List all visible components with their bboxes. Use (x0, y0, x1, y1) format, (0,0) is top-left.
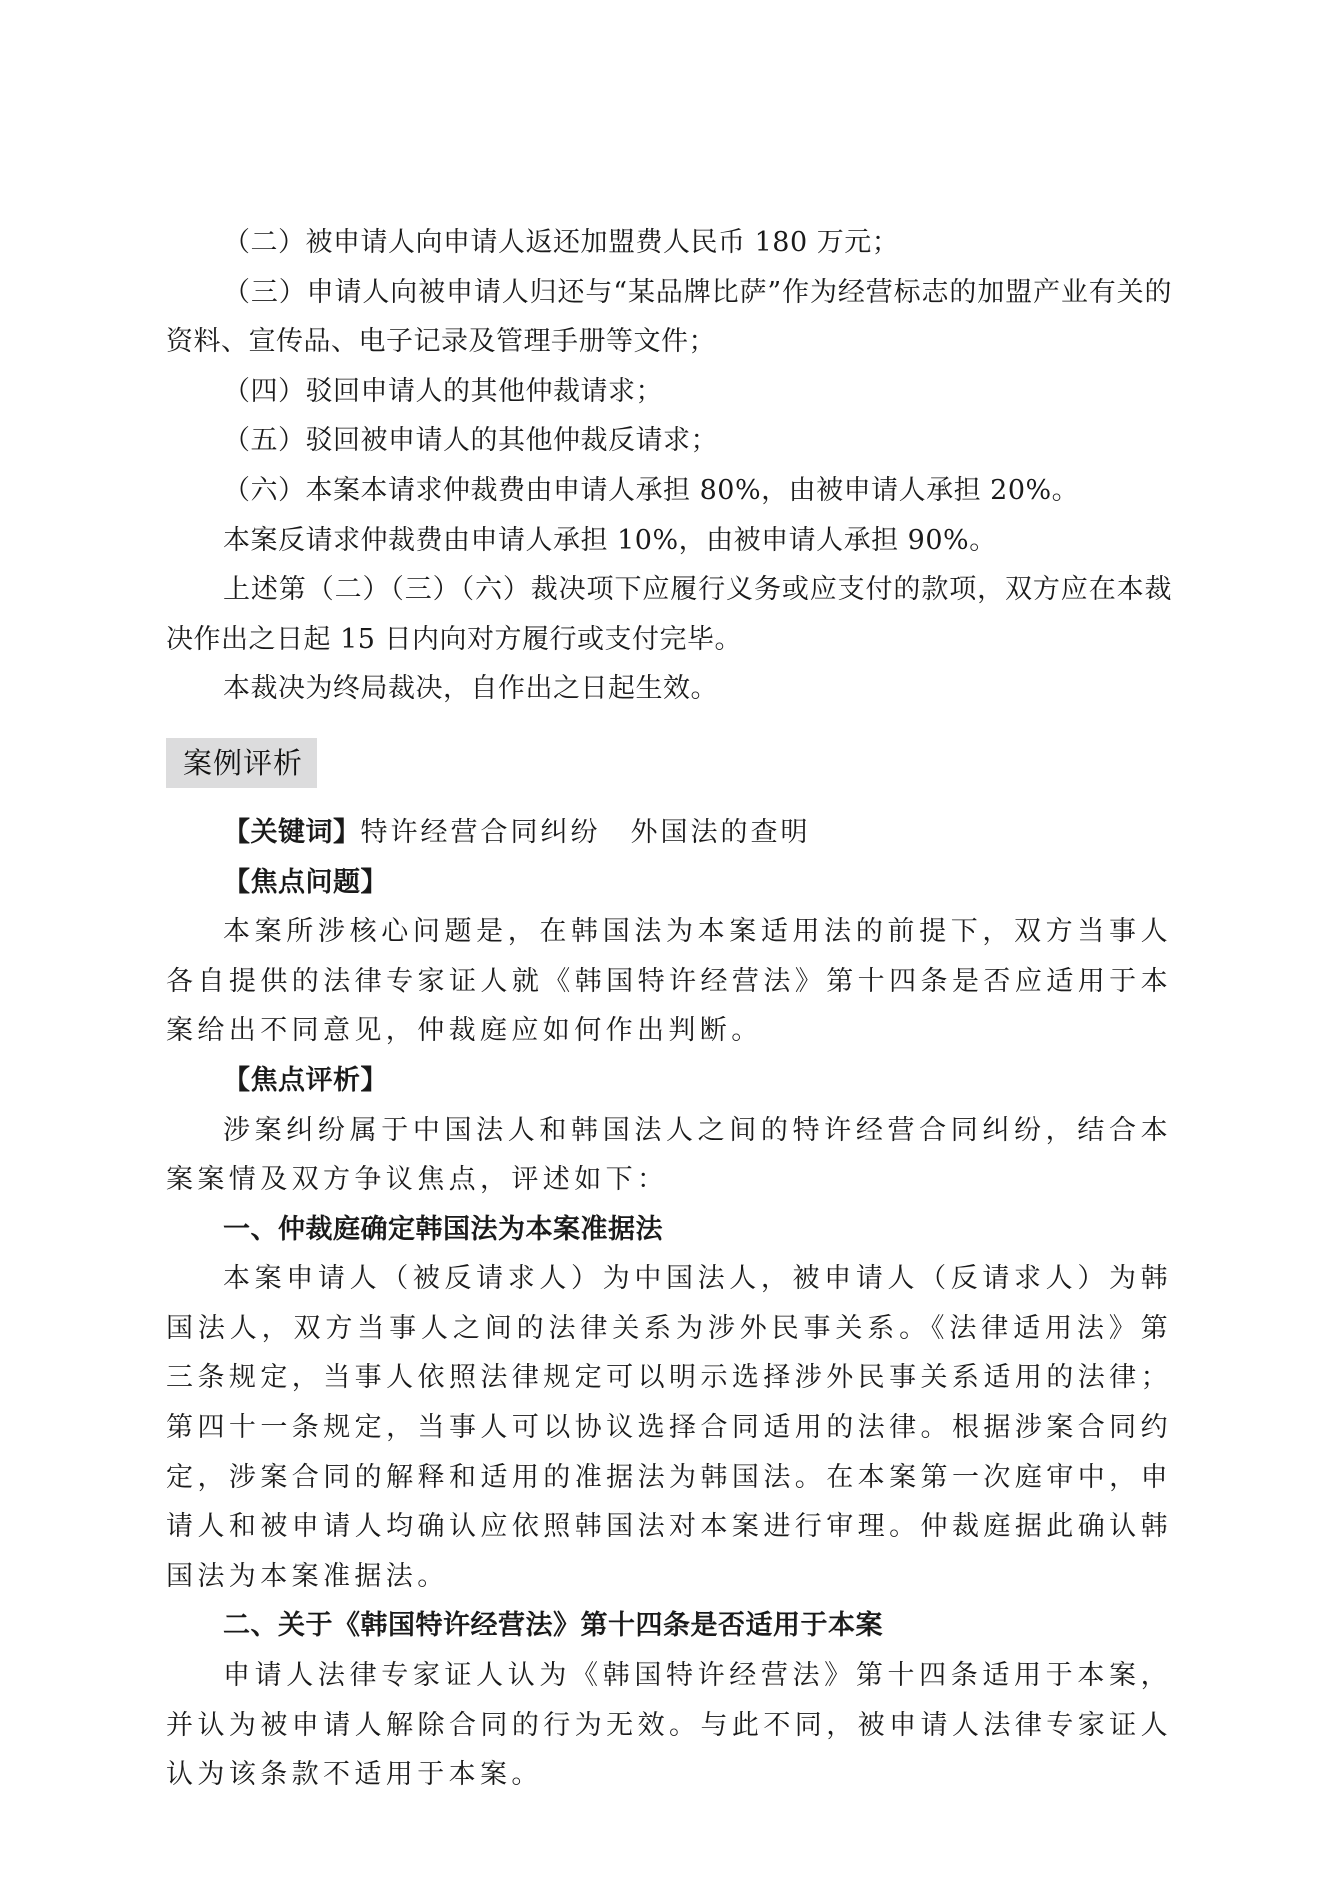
payment-deadline-paragraph: 上述第（二）（三）（六）裁决项下应履行义务或应支付的款项，双方应在本裁决作出之日… (166, 565, 1172, 664)
subsection-body-2: 申请人法律专家证人认为《韩国特许经营法》第十四条适用于本案，并认为被申请人解除合… (166, 1651, 1172, 1800)
subsection-heading-2: 二、关于《韩国特许经营法》第十四条是否适用于本案 (166, 1601, 1172, 1651)
award-item-4: （四）驳回申请人的其他仲裁请求； (166, 367, 1172, 417)
focus-issue-label: 【焦点问题】 (223, 867, 388, 898)
keywords-label: 【关键词】 (223, 817, 361, 848)
award-item-3: （三）申请人向被申请人归还与“某品牌比萨”作为经营标志的加盟产业有关的资料、宣传… (166, 268, 1172, 367)
counterclaim-fee-paragraph: 本案反请求仲裁费由申请人承担 10%，由被申请人承担 90%。 (166, 516, 1172, 566)
finality-paragraph: 本裁决为终局裁决，自作出之日起生效。 (166, 664, 1172, 714)
keywords-line: 【关键词】特许经营合同纠纷 外国法的查明 (166, 808, 1172, 858)
document-page: （二）被申请人向申请人返还加盟费人民币 180 万元； （三）申请人向被申请人归… (166, 218, 1172, 1800)
focus-issue-heading: 【焦点问题】 (166, 858, 1172, 908)
focus-analysis-label: 【焦点评析】 (223, 1065, 388, 1096)
award-item-5: （五）驳回被申请人的其他仲裁反请求； (166, 416, 1172, 466)
keywords-text: 特许经营合同纠纷 外国法的查明 (361, 817, 811, 848)
award-item-6: （六）本案本请求仲裁费由申请人承担 80%，由被申请人承担 20%。 (166, 466, 1172, 516)
award-item-2: （二）被申请人向申请人返还加盟费人民币 180 万元； (166, 218, 1172, 268)
subsection-body-1: 本案申请人（被反请求人）为中国法人，被申请人（反请求人）为韩国法人，双方当事人之… (166, 1254, 1172, 1601)
focus-analysis-intro: 涉案纠纷属于中国法人和韩国法人之间的特许经营合同纠纷，结合本案案情及双方争议焦点… (166, 1106, 1172, 1205)
subsection-heading-1: 一、仲裁庭确定韩国法为本案准据法 (166, 1205, 1172, 1255)
section-title-case-analysis: 案例评析 (166, 738, 317, 788)
focus-issue-paragraph: 本案所涉核心问题是，在韩国法为本案适用法的前提下，双方当事人各自提供的法律专家证… (166, 907, 1172, 1056)
focus-analysis-heading: 【焦点评析】 (166, 1056, 1172, 1106)
